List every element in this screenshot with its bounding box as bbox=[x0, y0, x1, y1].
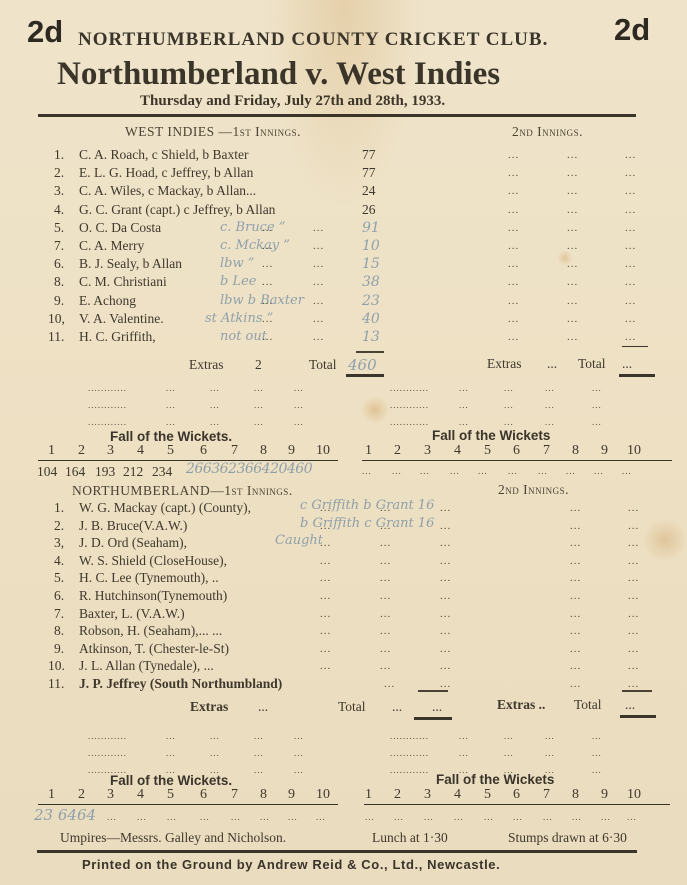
bowling-figure-dots: ... bbox=[504, 383, 514, 393]
fow-wicket-number: 9 bbox=[601, 443, 608, 459]
placeholder-dots: ... bbox=[320, 572, 331, 584]
bowling-figure-dots: ... bbox=[545, 383, 555, 393]
fow-dots: ... bbox=[454, 812, 464, 822]
bowling-figure-dots: ... bbox=[166, 731, 176, 741]
wi-2nd-extras-value: ... bbox=[547, 356, 557, 372]
fow-wicket-number: 3 bbox=[107, 787, 114, 803]
bowling-figure-dots: ... bbox=[592, 748, 602, 758]
bowling-figure-dots: ... bbox=[254, 400, 264, 410]
bowling-figure-dots: ... bbox=[254, 383, 264, 393]
second-innings-dots: ... bbox=[628, 555, 639, 567]
placeholder-dots: ... bbox=[440, 643, 451, 655]
nb-fow-pencil: 23 6464 bbox=[34, 806, 96, 824]
second-innings-dots: ... bbox=[508, 295, 519, 307]
bowling-figure-dots: ... bbox=[545, 417, 555, 427]
fow-dots: ... bbox=[601, 812, 611, 822]
bowling-figure-dots: ... bbox=[254, 417, 264, 427]
placeholder-dots: ... bbox=[380, 625, 391, 637]
second-innings-dots: ... bbox=[567, 240, 578, 252]
fow-wicket-number: 9 bbox=[288, 443, 295, 459]
wi-fow-rule-2 bbox=[362, 460, 672, 461]
second-innings-dots: ... bbox=[567, 185, 578, 197]
second-innings-dots: ... bbox=[625, 313, 636, 325]
second-innings-dots: ... bbox=[625, 222, 636, 234]
second-innings-dots: ... bbox=[570, 625, 581, 637]
second-innings-dots: ... bbox=[508, 276, 519, 288]
nb-extras-value: ... bbox=[258, 699, 268, 715]
bowler-name-dots: ............ bbox=[390, 383, 429, 393]
batsman-name: E. L. G. Hoad, c Jeffrey, b Allan bbox=[79, 165, 253, 181]
fow-wicket-number: 2 bbox=[78, 787, 85, 803]
fow-dots: ... bbox=[572, 812, 582, 822]
fow-wicket-number: 1 bbox=[48, 443, 55, 459]
placeholder-dots: ... bbox=[320, 537, 331, 549]
second-innings-dots: ... bbox=[628, 590, 639, 602]
fow-dots: ... bbox=[513, 812, 523, 822]
fow-wicket-number: 2 bbox=[394, 787, 401, 803]
fow-wicket-number: 7 bbox=[543, 787, 550, 803]
fow-wicket-number: 10 bbox=[316, 443, 330, 459]
wi-2nd-extras-label: Extras bbox=[487, 356, 522, 372]
batsman-number: 2. bbox=[54, 518, 64, 534]
fow-dots: ... bbox=[538, 466, 548, 476]
fow-dots: ... bbox=[231, 812, 241, 822]
placeholder-dots: ... bbox=[262, 295, 273, 307]
nb-fow-rule-1 bbox=[38, 804, 338, 805]
second-innings-dots: ... bbox=[628, 572, 639, 584]
fow-dots: ... bbox=[450, 466, 460, 476]
second-innings-dots: ... bbox=[628, 678, 639, 690]
batsman-name: W. S. Shield (CloseHouse), bbox=[79, 553, 227, 569]
fow-wicket-number: 5 bbox=[167, 787, 174, 803]
placeholder-dots: ... bbox=[380, 520, 391, 532]
nb-2nd-total-underline bbox=[620, 715, 656, 718]
bowling-figure-dots: ... bbox=[210, 383, 220, 393]
second-innings-dots: ... bbox=[625, 331, 636, 343]
bowling-figure-dots: ... bbox=[294, 731, 304, 741]
batsman-number: 5. bbox=[54, 220, 64, 236]
fow-dots: ... bbox=[167, 812, 177, 822]
fow-wicket-number: 10 bbox=[627, 787, 641, 803]
second-innings-dots: ... bbox=[570, 643, 581, 655]
placeholder-dots: ... bbox=[380, 502, 391, 514]
fow-wicket-number: 4 bbox=[137, 443, 144, 459]
stumps-time: Stumps drawn at 6·30 bbox=[508, 830, 627, 846]
fow-dots: ... bbox=[288, 812, 298, 822]
batsman-number: 10. bbox=[48, 658, 65, 674]
placeholder-dots: ... bbox=[440, 660, 451, 672]
batsman-name: H. C. Griffith, bbox=[79, 329, 156, 345]
bowler-name-dots: ............ bbox=[88, 417, 127, 427]
second-innings-dots: ... bbox=[567, 313, 578, 325]
second-innings-dots: ... bbox=[628, 660, 639, 672]
lunch-time: Lunch at 1·30 bbox=[372, 830, 448, 846]
placeholder-dots: ... bbox=[313, 276, 324, 288]
wi-total-value: 460 bbox=[348, 356, 377, 374]
fow-dots: ... bbox=[137, 812, 147, 822]
fow-wicket-number: 5 bbox=[167, 443, 174, 459]
second-innings-dots: ... bbox=[628, 643, 639, 655]
fow-score: 104 bbox=[37, 464, 57, 480]
second-innings-dots: ... bbox=[570, 520, 581, 532]
second-innings-dots: ... bbox=[570, 590, 581, 602]
fow-wicket-number: 7 bbox=[231, 443, 238, 459]
bowling-figure-dots: ... bbox=[294, 400, 304, 410]
placeholder-dots: ... bbox=[440, 590, 451, 602]
bowling-figure-dots: ... bbox=[294, 748, 304, 758]
wi-fow-title-1: Fall of the Wickets. bbox=[110, 429, 232, 444]
wi-total-label: Total bbox=[309, 357, 337, 373]
placeholder-dots: ... bbox=[440, 608, 451, 620]
fow-wicket-number: 9 bbox=[601, 787, 608, 803]
second-innings-dots: ... bbox=[567, 276, 578, 288]
batsman-name: J. D. Ord (Seaham), bbox=[79, 535, 187, 551]
placeholder-dots: ... bbox=[380, 572, 391, 584]
fow-dots: ... bbox=[627, 812, 637, 822]
fow-dots: ... bbox=[566, 466, 576, 476]
bowler-name-dots: ............ bbox=[88, 400, 127, 410]
wi-2nd-total-underline bbox=[619, 374, 655, 377]
bowler-name-dots: ............ bbox=[88, 731, 127, 741]
second-innings-dots: ... bbox=[567, 258, 578, 270]
fow-wicket-number: 4 bbox=[454, 443, 461, 459]
bowler-name-dots: ............ bbox=[88, 383, 127, 393]
fow-score: 212 bbox=[123, 464, 143, 480]
fow-pencil-scores: 266362366420460 bbox=[186, 461, 312, 477]
second-innings-dots: ... bbox=[570, 537, 581, 549]
wi-2nd-runs-underline bbox=[622, 346, 648, 347]
batsman-number: 7. bbox=[54, 606, 64, 622]
batsman-number: 8. bbox=[54, 623, 64, 639]
batsman-name: J. L. Allan (Tynedale), ... bbox=[79, 658, 214, 674]
placeholder-dots: ... bbox=[380, 660, 391, 672]
second-innings-dots: ... bbox=[567, 222, 578, 234]
batsman-name: J. P. Jeffrey (South Northumbland) bbox=[79, 676, 282, 692]
second-innings-dots: ... bbox=[628, 625, 639, 637]
batsman-runs: 38 bbox=[362, 274, 380, 290]
second-innings-dots: ... bbox=[570, 572, 581, 584]
batsman-name: V. A. Valentine. bbox=[79, 311, 164, 327]
placeholder-dots: ... bbox=[440, 555, 451, 567]
batsman-number: 4. bbox=[54, 202, 64, 218]
fow-dots: ... bbox=[622, 466, 632, 476]
pencil-dismissal: c. Mckay ” bbox=[220, 238, 290, 253]
second-innings-dots: ... bbox=[625, 204, 636, 216]
batsman-number: 3, bbox=[54, 535, 64, 551]
batsman-name: W. G. Mackay (capt.) (County), bbox=[79, 500, 251, 516]
bowling-figure-dots: ... bbox=[166, 400, 176, 410]
placeholder-dots: ... bbox=[313, 222, 324, 234]
wi-first-innings-title: WEST INDIES —1st Innings. bbox=[125, 124, 301, 140]
bowling-figure-dots: ... bbox=[254, 765, 264, 775]
nb-fow-title-1: Fall of the Wickets. bbox=[110, 773, 232, 788]
bowling-figure-dots: ... bbox=[545, 400, 555, 410]
nb-total-value: ... bbox=[432, 699, 442, 715]
batsman-runs: 13 bbox=[362, 329, 380, 345]
second-innings-dots: ... bbox=[570, 608, 581, 620]
placeholder-dots: ... bbox=[313, 240, 324, 252]
placeholder-dots: ... bbox=[262, 276, 273, 288]
second-innings-dots: ... bbox=[508, 222, 519, 234]
bowling-figure-dots: ... bbox=[166, 748, 176, 758]
second-innings-dots: ... bbox=[508, 185, 519, 197]
batsman-number: 3. bbox=[54, 183, 64, 199]
placeholder-dots: ... bbox=[380, 555, 391, 567]
batsman-name: G. C. Grant (capt.) c Jeffrey, b Allan bbox=[79, 202, 275, 218]
wi-second-innings-title: 2nd Innings. bbox=[512, 124, 583, 140]
club-name: NORTHUMBERLAND COUNTY CRICKET CLUB. bbox=[78, 29, 548, 51]
pencil-dismissal: not out bbox=[220, 329, 267, 344]
nb-2nd-total-label: Total bbox=[574, 697, 602, 713]
bowling-figure-dots: ... bbox=[210, 731, 220, 741]
second-innings-dots: ... bbox=[625, 149, 636, 161]
fow-wicket-number: 1 bbox=[48, 787, 55, 803]
fow-dots: ... bbox=[478, 466, 488, 476]
wi-total-topline bbox=[356, 351, 384, 353]
batsman-number: 11. bbox=[48, 676, 64, 692]
fow-wicket-number: 2 bbox=[78, 443, 85, 459]
fow-dots: ... bbox=[508, 466, 518, 476]
bowling-figure-dots: ... bbox=[592, 383, 602, 393]
fow-dots: ... bbox=[424, 812, 434, 822]
placeholder-dots: ... bbox=[380, 643, 391, 655]
pencil-dismissal: Caught bbox=[275, 533, 323, 548]
bowling-figure-dots: ... bbox=[210, 400, 220, 410]
batsman-number: 1. bbox=[54, 500, 64, 516]
bowling-figure-dots: ... bbox=[459, 400, 469, 410]
placeholder-dots: ... bbox=[380, 590, 391, 602]
pencil-dismissal: c. Bruce ” bbox=[220, 220, 285, 235]
match-date: Thursday and Friday, July 27th and 28th,… bbox=[140, 93, 445, 110]
batsman-name: J. B. Bruce(V.A.W.) bbox=[79, 518, 187, 534]
bowling-figure-dots: ... bbox=[459, 748, 469, 758]
nb-2nd-total-value: ... bbox=[625, 697, 635, 713]
fow-wicket-number: 2 bbox=[394, 443, 401, 459]
fow-wicket-number: 6 bbox=[513, 787, 520, 803]
nb-total-label: Total bbox=[338, 699, 366, 715]
bowling-figure-dots: ... bbox=[592, 731, 602, 741]
price-left: 2d bbox=[27, 14, 63, 50]
fow-wicket-number: 6 bbox=[513, 443, 520, 459]
bowling-figure-dots: ... bbox=[545, 731, 555, 741]
fow-wicket-number: 4 bbox=[137, 787, 144, 803]
header-rule bbox=[38, 114, 636, 117]
wi-fow-title-2: Fall of the Wickets bbox=[432, 428, 550, 443]
fow-wicket-number: 8 bbox=[572, 443, 579, 459]
bowling-figure-dots: ... bbox=[254, 748, 264, 758]
batsman-number: 9. bbox=[54, 641, 64, 657]
batsman-name: C. A. Wiles, c Mackay, b Allan... bbox=[79, 183, 256, 199]
bowling-figure-dots: ... bbox=[294, 417, 304, 427]
pencil-dismissal: b Lee bbox=[220, 274, 256, 289]
batsman-name: B. J. Sealy, b Allan bbox=[79, 256, 182, 272]
fow-wicket-number: 9 bbox=[288, 787, 295, 803]
bowling-figure-dots: ... bbox=[504, 748, 514, 758]
batsman-number: 4. bbox=[54, 553, 64, 569]
fow-wicket-number: 4 bbox=[454, 787, 461, 803]
batsman-number: 6. bbox=[54, 256, 64, 272]
second-innings-dots: ... bbox=[570, 502, 581, 514]
second-innings-dots: ... bbox=[625, 185, 636, 197]
second-innings-dots: ... bbox=[625, 295, 636, 307]
second-innings-dots: ... bbox=[567, 167, 578, 179]
placeholder-dots: ... bbox=[440, 625, 451, 637]
bowler-name-dots: ............ bbox=[390, 748, 429, 758]
fow-score: 193 bbox=[95, 464, 115, 480]
match-title: Northumberland v. West Indies bbox=[57, 56, 500, 93]
batsman-name: C. A. Merry bbox=[79, 238, 144, 254]
placeholder-dots: ... bbox=[262, 258, 273, 270]
second-innings-dots: ... bbox=[625, 167, 636, 179]
second-innings-dots: ... bbox=[567, 331, 578, 343]
second-innings-dots: ... bbox=[508, 331, 519, 343]
bowling-figure-dots: ... bbox=[459, 383, 469, 393]
bowler-name-dots: ............ bbox=[88, 748, 127, 758]
batsman-number: 11. bbox=[48, 329, 64, 345]
bowling-figure-dots: ... bbox=[210, 417, 220, 427]
batsman-runs: 91 bbox=[362, 220, 380, 236]
batsman-name: O. C. Da Costa bbox=[79, 220, 161, 236]
fow-wicket-number: 5 bbox=[484, 443, 491, 459]
batsman-number: 6. bbox=[54, 588, 64, 604]
second-innings-dots: ... bbox=[628, 520, 639, 532]
batsman-runs: 77 bbox=[362, 147, 376, 163]
batsman-number: 10, bbox=[48, 311, 65, 327]
fow-wicket-number: 3 bbox=[424, 787, 431, 803]
price-right: 2d bbox=[614, 12, 650, 48]
nb-2nd-total-topline bbox=[622, 690, 652, 692]
batsman-number: 1. bbox=[54, 147, 64, 163]
batsman-name: Robson, H. (Seaham),... ... bbox=[79, 623, 222, 639]
bowler-name-dots: ............ bbox=[390, 400, 429, 410]
second-innings-dots: ... bbox=[628, 608, 639, 620]
batsman-name: C. A. Roach, c Shield, b Baxter bbox=[79, 147, 248, 163]
second-innings-dots: ... bbox=[628, 502, 639, 514]
second-innings-dots: ... bbox=[570, 678, 581, 690]
bowling-figure-dots: ... bbox=[504, 731, 514, 741]
fow-dots: ... bbox=[362, 466, 372, 476]
nb-total-dots: ... bbox=[392, 699, 402, 715]
second-innings-dots: ... bbox=[508, 149, 519, 161]
fow-dots: ... bbox=[365, 812, 375, 822]
wi-2nd-total-value: ... bbox=[622, 356, 632, 372]
placeholder-dots: ... bbox=[320, 590, 331, 602]
batsman-name: H. C. Lee (Tynemouth), .. bbox=[79, 570, 219, 586]
placeholder-dots: ... bbox=[320, 555, 331, 567]
umpires: Umpires—Messrs. Galley and Nicholson. bbox=[60, 830, 286, 846]
batsman-runs: 24 bbox=[362, 183, 376, 199]
second-innings-dots: ... bbox=[628, 537, 639, 549]
second-innings-dots: ... bbox=[567, 149, 578, 161]
fow-wicket-number: 3 bbox=[424, 443, 431, 459]
nb-fow-title-2: Fall of the Wickets bbox=[436, 772, 554, 787]
bowling-figure-dots: ... bbox=[210, 748, 220, 758]
printer-credit: Printed on the Ground by Andrew Reid & C… bbox=[82, 857, 500, 872]
batsman-number: 2. bbox=[54, 165, 64, 181]
placeholder-dots: ... bbox=[262, 331, 273, 343]
nb-2nd-extras-label: Extras .. bbox=[497, 697, 545, 713]
fow-wicket-number: 5 bbox=[484, 787, 491, 803]
placeholder-dots: ... bbox=[320, 502, 331, 514]
fow-wicket-number: 8 bbox=[260, 787, 267, 803]
bowling-figure-dots: ... bbox=[254, 731, 264, 741]
placeholder-dots: ... bbox=[384, 678, 395, 690]
placeholder-dots: ... bbox=[320, 520, 331, 532]
nb-fow-rule-2 bbox=[364, 804, 670, 805]
placeholder-dots: ... bbox=[380, 537, 391, 549]
fow-dots: ... bbox=[316, 812, 326, 822]
second-innings-dots: ... bbox=[567, 295, 578, 307]
placeholder-dots: ... bbox=[440, 520, 451, 532]
fow-dots: ... bbox=[107, 812, 117, 822]
second-innings-dots: ... bbox=[625, 258, 636, 270]
second-innings-dots: ... bbox=[508, 313, 519, 325]
second-innings-dots: ... bbox=[625, 276, 636, 288]
placeholder-dots: ... bbox=[440, 572, 451, 584]
bowling-figure-dots: ... bbox=[459, 417, 469, 427]
batsman-runs: 15 bbox=[362, 256, 380, 272]
fow-wicket-number: 3 bbox=[107, 443, 114, 459]
batsman-runs: 26 bbox=[362, 202, 376, 218]
placeholder-dots: ... bbox=[262, 313, 273, 325]
fow-dots: ... bbox=[543, 812, 553, 822]
placeholder-dots: ... bbox=[320, 625, 331, 637]
bowling-figure-dots: ... bbox=[592, 765, 602, 775]
fow-wicket-number: 7 bbox=[543, 443, 550, 459]
fow-score: 164 bbox=[65, 464, 85, 480]
placeholder-dots: ... bbox=[313, 331, 324, 343]
placeholder-dots: ... bbox=[380, 608, 391, 620]
placeholder-dots: ... bbox=[320, 643, 331, 655]
fow-wicket-number: 10 bbox=[316, 787, 330, 803]
nb-total-underline bbox=[414, 717, 452, 720]
pencil-dismissal: lbw ” bbox=[220, 256, 254, 271]
placeholder-dots: ... bbox=[313, 313, 324, 325]
nb-extras-label: Extras bbox=[190, 699, 228, 715]
fow-dots: ... bbox=[260, 812, 270, 822]
bowler-name-dots: ............ bbox=[390, 417, 429, 427]
fow-wicket-number: 1 bbox=[365, 787, 372, 803]
bowling-figure-dots: ... bbox=[166, 417, 176, 427]
second-innings-dots: ... bbox=[570, 660, 581, 672]
batsman-name: C. M. Christiani bbox=[79, 274, 167, 290]
batsman-name: Atkinson, T. (Chester-le-St) bbox=[79, 641, 229, 657]
batsman-number: 8. bbox=[54, 274, 64, 290]
wi-total-underline bbox=[346, 374, 384, 377]
footer-rule bbox=[37, 850, 637, 853]
fow-dots: ... bbox=[594, 466, 604, 476]
wi-extras-label: Extras bbox=[189, 357, 224, 373]
bowling-figure-dots: ... bbox=[459, 731, 469, 741]
placeholder-dots: ... bbox=[440, 502, 451, 514]
batsman-name: E. Achong bbox=[79, 293, 136, 309]
second-innings-dots: ... bbox=[508, 204, 519, 216]
second-innings-dots: ... bbox=[508, 167, 519, 179]
wi-extras-value: 2 bbox=[255, 357, 262, 373]
bowling-figure-dots: ... bbox=[592, 417, 602, 427]
fow-wicket-number: 6 bbox=[200, 787, 207, 803]
second-innings-dots: ... bbox=[508, 240, 519, 252]
bowling-figure-dots: ... bbox=[294, 383, 304, 393]
second-innings-dots: ... bbox=[570, 555, 581, 567]
placeholder-dots: ... bbox=[313, 295, 324, 307]
bowling-figure-dots: ... bbox=[294, 765, 304, 775]
bowling-figure-dots: ... bbox=[545, 748, 555, 758]
fow-wicket-number: 6 bbox=[200, 443, 207, 459]
nb-first-innings-title: NORTHUMBERLAND—1st Innings. bbox=[72, 483, 293, 499]
bowling-figure-dots: ... bbox=[166, 383, 176, 393]
batsman-runs: 77 bbox=[362, 165, 376, 181]
